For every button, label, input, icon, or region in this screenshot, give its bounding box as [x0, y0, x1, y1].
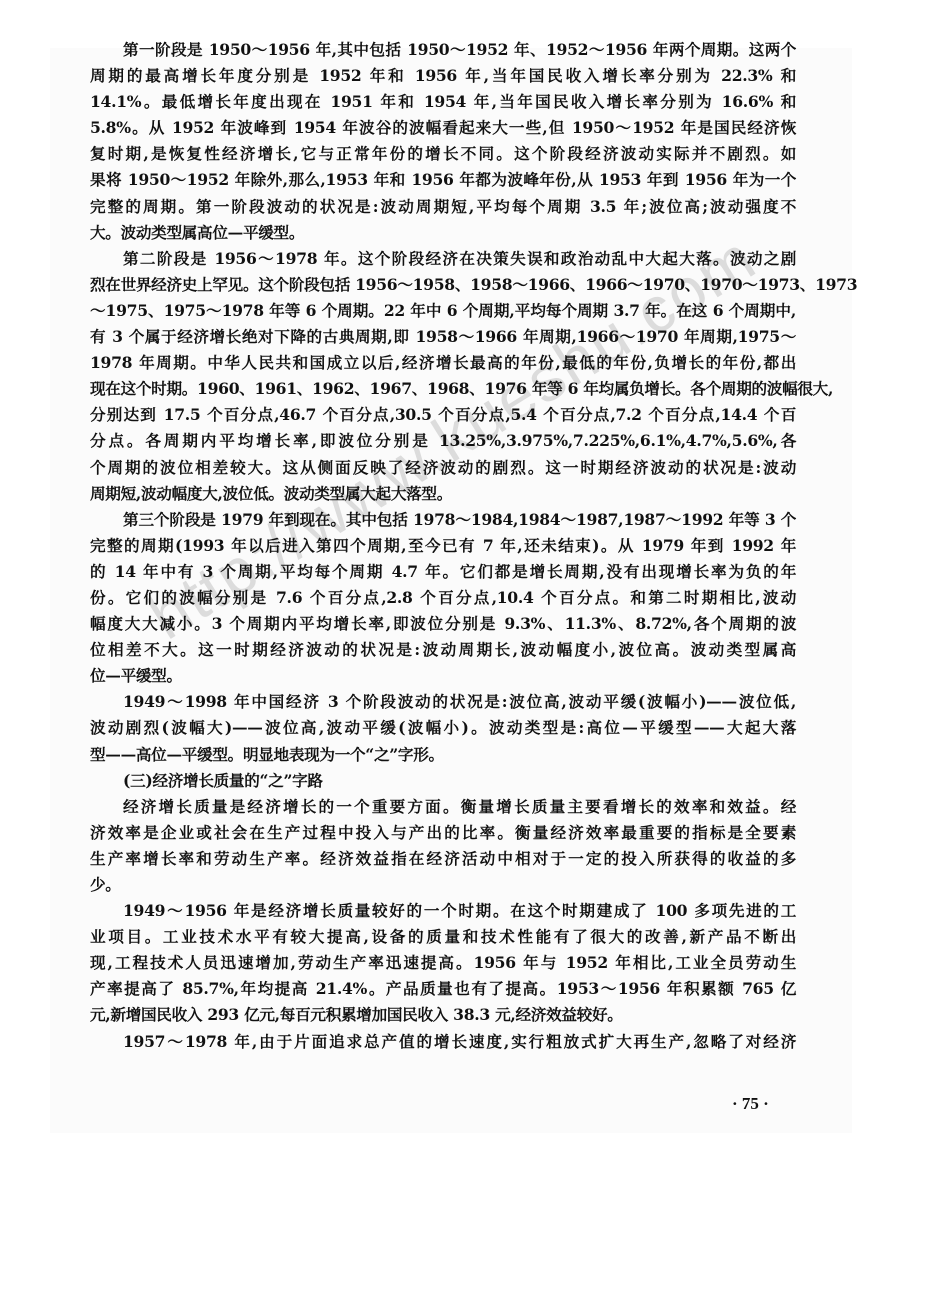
- text-line: 元,新增国民收入 293 亿元,每百元积累增加国民收入 38.3 元,经济效益较…: [90, 1002, 796, 1028]
- paragraph-period-1957-1978: 1957～1978 年,由于片面追求总产值的增长速度,实行粗放式扩大再生产,忽略…: [90, 1029, 796, 1055]
- text-line: 周期短,波动幅度大,波位低。波动类型属大起大落型。: [90, 481, 796, 507]
- text-line: 生产率增长率和劳动生产率。经济效益指在经济活动中相对于一定的投入所获得的收益的多: [90, 846, 796, 872]
- text-line: 济效率是企业或社会在生产过程中投入与产出的比率。衡量经济效率最重要的指标是全要素: [90, 820, 796, 846]
- text-line: 现,工程技术人员迅速增加,劳动生产率迅速提高。1956 年与 1952 年相比,…: [90, 950, 796, 976]
- text-line: 复时期,是恢复性经济增长,它与正常年份的增长不同。这个阶段经济波动实际并不剧烈。…: [90, 141, 796, 167]
- text-line: 波动剧烈(波幅大)——波位高,波动平缓(波幅小)。波动类型是:高位—平缓型——大…: [90, 715, 796, 741]
- text-line: 第二阶段是 1956～1978 年。这个阶段经济在决策失误和政治动乱中大起大落。…: [90, 246, 796, 272]
- text-line: 少。: [90, 872, 796, 898]
- paragraph-stage-three: 第三个阶段是 1979 年到现在。其中包括 1978～1984,1984～198…: [90, 507, 796, 690]
- text-line: 份。它们的波幅分别是 7.6 个百分点,2.8 个百分点,10.4 个百分点。和…: [90, 585, 796, 611]
- text-line: 业项目。工业技术水平有较大提高,设备的质量和技术性能有了很大的改善,新产品不断出: [90, 924, 796, 950]
- text-line: 有 3 个属于经济增长绝对下降的古典周期,即 1958～1966 年周期,196…: [90, 324, 796, 350]
- paragraph-period-1949-1956: 1949～1956 年是经济增长质量较好的一个时期。在这个时期建成了 100 多…: [90, 898, 796, 1028]
- text-line: 1957～1978 年,由于片面追求总产值的增长速度,实行粗放式扩大再生产,忽略…: [90, 1029, 796, 1055]
- text-line: ～1975、1975～1978 年等 6 个周期。22 年中 6 个周期,平均每…: [90, 298, 796, 324]
- text-line: 的 14 年中有 3 个周期,平均每个周期 4.7 年。它们都是增长周期,没有出…: [90, 559, 796, 585]
- text-line: 现在这个时期。1960、1961、1962、1967、1968、1976 年等 …: [90, 376, 796, 402]
- text-line: 大。波动类型属高位—平缓型。: [90, 220, 796, 246]
- page-number: · 75 ·: [732, 1094, 769, 1114]
- text-line: 第三个阶段是 1979 年到现在。其中包括 1978～1984,1984～198…: [90, 507, 796, 533]
- text-line: 1978 年周期。中华人民共和国成立以后,经济增长最高的年份,最低的年份,负增长…: [90, 350, 796, 376]
- section-heading: (三)经济增长质量的“之”字路: [90, 768, 796, 794]
- text-line: 1949～1998 年中国经济 3 个阶段波动的状况是:波位高,波动平缓(波幅小…: [90, 689, 796, 715]
- page-body: 第一阶段是 1950～1956 年,其中包括 1950～1952 年、1952～…: [90, 37, 796, 1055]
- text-line: 位—平缓型。: [90, 663, 796, 689]
- text-line: 5.8%。从 1952 年波峰到 1954 年波谷的波幅看起来大一些,但 195…: [90, 115, 796, 141]
- text-line: 幅度大大减小。3 个周期内平均增长率,即波位分别是 9.3%、11.3%、8.7…: [90, 611, 796, 637]
- text-line: 经济增长质量是经济增长的一个重要方面。衡量增长质量主要看增长的效率和效益。经: [90, 794, 796, 820]
- text-line: 1949～1956 年是经济增长质量较好的一个时期。在这个时期建成了 100 多…: [90, 898, 796, 924]
- text-line: 分点。各周期内平均增长率,即波位分别是 13.25%,3.975%,7.225%…: [90, 428, 796, 454]
- text-line: 周期的最高增长年度分别是 1952 年和 1956 年,当年国民收入增长率分别为…: [90, 63, 796, 89]
- text-line: 14.1%。最低增长年度出现在 1951 年和 1954 年,当年国民收入增长率…: [90, 89, 796, 115]
- paragraph-quality-definition: 经济增长质量是经济增长的一个重要方面。衡量增长质量主要看增长的效率和效益。经 济…: [90, 794, 796, 898]
- text-line: 型——高位—平缓型。明显地表现为一个“之”字形。: [90, 742, 796, 768]
- text-line: 完整的周期(1993 年以后进入第四个周期,至今已有 7 年,还未结束)。从 1…: [90, 533, 796, 559]
- text-line: 个周期的波位相差较大。这从侧面反映了经济波动的剧烈。这一时期经济波动的状况是:波…: [90, 455, 796, 481]
- text-line: 产率提高了 85.7%,年均提高 21.4%。产品质量也有了提高。1953～19…: [90, 976, 796, 1002]
- paragraph-stage-two: 第二阶段是 1956～1978 年。这个阶段经济在决策失误和政治动乱中大起大落。…: [90, 246, 796, 507]
- text-line: 位相差不大。这一时期经济波动的状况是:波动周期长,波动幅度小,波位高。波动类型属…: [90, 637, 796, 663]
- text-line: 果将 1950～1952 年除外,那么,1953 年和 1956 年都为波峰年份…: [90, 167, 796, 193]
- text-line: 完整的周期。第一阶段波动的状况是:波动周期短,平均每个周期 3.5 年;波位高;…: [90, 194, 796, 220]
- text-line: 第一阶段是 1950～1956 年,其中包括 1950～1952 年、1952～…: [90, 37, 796, 63]
- text-line: 分别达到 17.5 个百分点,46.7 个百分点,30.5 个百分点,5.4 个…: [90, 402, 796, 428]
- text-line: 烈在世界经济史上罕见。这个阶段包括 1956～1958、1958～1966、19…: [90, 272, 796, 298]
- paragraph-summary: 1949～1998 年中国经济 3 个阶段波动的状况是:波位高,波动平缓(波幅小…: [90, 689, 796, 767]
- paragraph-stage-one: 第一阶段是 1950～1956 年,其中包括 1950～1952 年、1952～…: [90, 37, 796, 246]
